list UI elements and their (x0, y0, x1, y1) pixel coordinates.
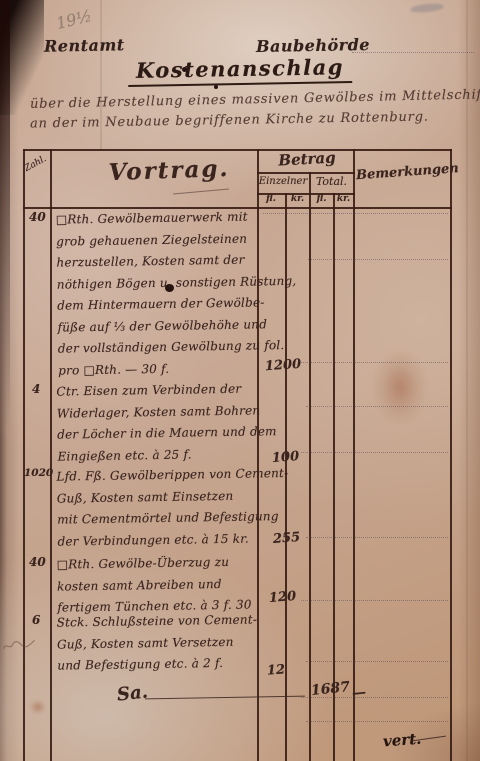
item-text-line: Lfd. Fß. Gewölberippen von Cement- (56, 463, 260, 488)
item-text-line: herzustellen, Kosten samt der (56, 249, 260, 274)
summary-dash-line (145, 696, 305, 700)
item-amount-einzeln_fl: 120 (269, 589, 297, 606)
summary-row: Sa. 1687 — (23, 683, 452, 713)
subtitle-line-1: über die Herstellung eines massiven Gewö… (30, 87, 480, 112)
item-text-line: der Löcher in die Mauern und dem (57, 421, 261, 446)
item-amount-einzeln_fl: 100 (272, 449, 300, 466)
item-text-line: und Befestigung etc. à 2 f. (57, 652, 261, 677)
summary-label: Sa. (116, 681, 149, 705)
dotted-rule (352, 52, 474, 53)
document-title: Kostenanschlag (128, 54, 352, 87)
item-text: Lfd. Fß. Gewölberippen von Cement-Guß, K… (56, 463, 261, 552)
item-amount-einzeln_fl: 1200 (265, 357, 302, 374)
item-text: □Rth. Gewölbemauerwerk mitgrob gehauenen… (56, 206, 263, 381)
item-quantity: 40 (29, 210, 46, 224)
item-text-line: □Rth. Gewölbemauerwerk mit (56, 206, 260, 231)
summary-total-kr: — (351, 684, 367, 701)
pencil-note: 19½ (54, 6, 93, 33)
item-text: Stck. Schlußsteine von Cement-Guß, Koste… (57, 609, 262, 677)
item-quantity: 6 (32, 613, 40, 627)
item-text-line: mit Cementmörtel und Befestigung (57, 506, 261, 531)
item-amount-einzeln_fl: 12 (266, 662, 285, 678)
item-text-line: Stck. Schlußsteine von Cement- (57, 609, 261, 634)
paper-fold-line (466, 0, 468, 761)
cost-estimate-table: Zahl. Vortrag. Betrag Einzelner Total. f… (23, 149, 452, 761)
table-body: 40□Rth. Gewölbemauerwerk mitgrob gehauen… (23, 149, 452, 761)
scanned-document-page: 19½ Rentamt Baubehörde Kostenanschlag üb… (0, 0, 480, 761)
pencil-smudge (410, 2, 445, 14)
item-quantity: 40 (29, 555, 46, 569)
book-binding-edge (0, 0, 10, 430)
item-quantity: 4 (32, 382, 40, 396)
item-text-line: Ctr. Eisen zum Verbinden der (56, 378, 260, 403)
item-quantity: 1020 (24, 467, 53, 479)
subtitle-line-2: an der im Neubaue begriffenen Kirche zu … (30, 110, 429, 132)
summary-total-fl: 1687 (310, 679, 350, 699)
item-text-line: der Verbindungen etc. à 15 kr. (57, 528, 261, 553)
item-text: Ctr. Eisen zum Verbinden derWiderlager, … (56, 378, 261, 467)
item-text-line: Guß, Kosten samt Versetzen (57, 631, 261, 656)
item-text-line: der vollständigen Gewölbung zu fol. (58, 335, 262, 360)
item-amount-einzeln_fl: 255 (273, 530, 301, 547)
ink-dot (214, 85, 218, 89)
office-name-left: Rentamt (44, 35, 125, 55)
page-right-edge-shadow (458, 0, 480, 761)
item-text-line: dem Hintermauern der Gewölbe- (57, 292, 261, 317)
